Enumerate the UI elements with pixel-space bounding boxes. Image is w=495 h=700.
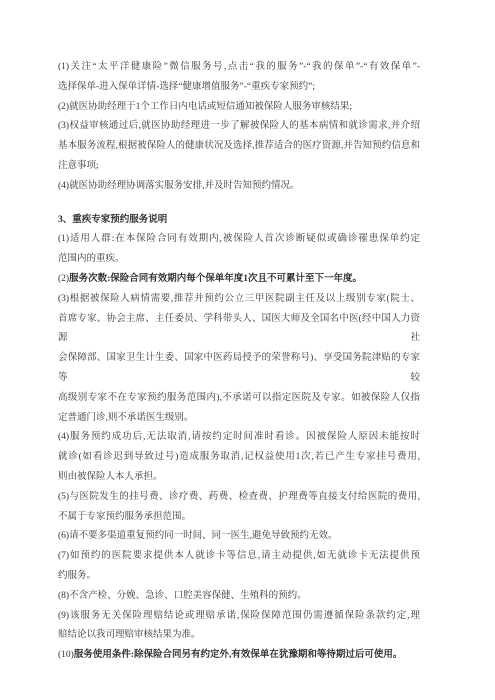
text-line: (10)服务使用条件:除保险合同另有约定外,有效保单在犹豫期和等待期过后可使用。 [58, 646, 420, 666]
text-segment: (10) [58, 650, 74, 660]
text-line: (2)就医协助经理于1个工作日内电话或短信通知被保险人服务审核结果; [58, 98, 420, 118]
document-content: (1)关注“太平洋健康险”微信服务号,点击“我的服务”-“我的保单”-“有效保单… [58, 58, 420, 666]
text-segment: (6)请不要多渠道重复预约同一时间、同一医生,避免导致预约无效。 [58, 531, 337, 541]
text-line: (4)服务预约成功后,无法取消,请按约定时间准时看诊。因被保险人原因未能按时 [58, 428, 420, 448]
text-segment: (7)如预约的医院要求提供本人就诊卡等信息,请主动提供,如无就诊卡无法提供预 [58, 551, 420, 561]
text-line: (7)如预约的医院要求提供本人就诊卡等信息,请主动提供,如无就诊卡无法提供预 [58, 547, 420, 567]
text-line: (4)就医协助经理协调落实服务安排,并及时告知预约情况。 [58, 177, 420, 197]
text-segment: (1)关注“太平洋健康险”微信服务号,点击“我的服务”-“我的保单”-“有效保单… [58, 62, 420, 72]
text-segment: 高级别专家不在专家预约服务范围内),不承诺可以指定医院及专家。如被保险人仅指 [58, 393, 420, 403]
text-segment: 赔结论以我司理赔审核结果为准。 [58, 630, 201, 640]
text-line: (1)适用人群:在本保险合同有效期内,被保险人首次诊断疑似或确诊罹患保单约定 [58, 230, 420, 250]
text-line: 会保障部、国家卫生计生委、国家中医药局授予的荣誉称号)、享受国务院津贴的专家等较 [58, 349, 420, 389]
text-segment: 则由被保险人本人承担。 [58, 472, 163, 482]
text-line: 首席专家、协会主席、主任委员、学科带头人、国医大师及全国名中医(经中国人力资源社 [58, 310, 420, 350]
text-line: 则由被保险人本人承担。 [58, 468, 420, 488]
text-line: (6)请不要多渠道重复预约同一时间、同一医生,避免导致预约无效。 [58, 527, 420, 547]
text-line: (5)与医院发生的挂号费、诊疗费、药费、检查费、护理费等直接支付给医院的费用, [58, 488, 420, 508]
text-line: (2)服务次数:保险合同有效期内每个保单年度1次且不可累计至下一年度。 [58, 270, 420, 290]
text-line: 基本服务流程,根据被保险人的健康状况及选择,推荐适合的医疗资源,并告知预约信息和 [58, 137, 420, 157]
text-segment: 首席专家、协会主席、主任委员、学科带头人、国医大师及全国名中医(经中国人力资源社 [58, 314, 420, 344]
text-segment: (3)根据被保险人病情需要,推荐并预约公立三甲医院副主任及以上级别专家(院士、 [58, 294, 420, 304]
text-segment: 选择保单-进入保单详情-选择“健康增值服务”-“重疾专家预约”; [58, 82, 315, 92]
text-line: 约服务。 [58, 567, 420, 587]
bold-text-segment: 服务次数:保险合同有效期内每个保单年度1次且不可累计至下一年度。 [69, 274, 362, 284]
text-segment: 基本服务流程,根据被保险人的健康状况及选择,推荐适合的医疗资源,并告知预约信息和 [58, 141, 420, 151]
text-line: 选择保单-进入保单详情-选择“健康增值服务”-“重疾专家预约”; [58, 78, 420, 98]
text-segment: 就诊(如看诊迟到导致过号)造成服务取消,记权益使用1次,若已产生专家挂号费用, [58, 452, 420, 462]
text-segment: (4)服务预约成功后,无法取消,请按约定时间准时看诊。因被保险人原因未能按时 [58, 432, 420, 442]
text-segment: (2)就医协助经理于1个工作日内电话或短信通知被保险人服务审核结果; [58, 102, 352, 112]
text-line: 赔结论以我司理赔审核结果为准。 [58, 626, 420, 646]
text-line: 不属于专家预约服务承担范围。 [58, 508, 420, 528]
text-segment: (9)该服务无关保险理赔结论或理赔承诺,保险保障范围仍需遵循保险条款约定,理 [58, 611, 420, 621]
text-segment: (5)与医院发生的挂号费、诊疗费、药费、检查费、护理费等直接支付给医院的费用, [58, 492, 420, 502]
text-line: (3)根据被保险人病情需要,推荐并预约公立三甲医院副主任及以上级别专家(院士、 [58, 290, 420, 310]
text-line: 范围内的重疾。 [58, 250, 420, 270]
text-segment: 范围内的重疾。 [58, 254, 125, 264]
text-segment: (3)权益审核通过后,就医协助经理进一步了解被保险人的基本病情和就诊需求,并介绍 [58, 121, 420, 131]
bold-text-segment: 服务使用条件:除保险合同另有约定外,有效保单在犹豫期和等待期过后可使用。 [74, 650, 403, 660]
text-line: (1)关注“太平洋健康险”微信服务号,点击“我的服务”-“我的保单”-“有效保单… [58, 58, 420, 78]
text-line: 注意事项; [58, 157, 420, 177]
bold-text-segment: 3、重疾专家预约服务说明 [58, 215, 167, 225]
text-segment: 定普通门诊,则不承诺医生级别。 [58, 413, 193, 423]
text-segment: (1)适用人群:在本保险合同有效期内,被保险人首次诊断疑似或确诊罹患保单约定 [58, 234, 420, 244]
text-segment: 会保障部、国家卫生计生委、国家中医药局授予的荣誉称号)、享受国务院津贴的专家等较 [58, 353, 420, 383]
document-page: (1)关注“太平洋健康险”微信服务号,点击“我的服务”-“我的保单”-“有效保单… [0, 0, 495, 700]
text-line: (9)该服务无关保险理赔结论或理赔承诺,保险保障范围仍需遵循保险条款约定,理 [58, 607, 420, 627]
text-line: 就诊(如看诊迟到导致过号)造成服务取消,记权益使用1次,若已产生专家挂号费用, [58, 448, 420, 468]
section-heading: 3、重疾专家预约服务说明 [58, 211, 420, 231]
text-line: 定普通门诊,则不承诺医生级别。 [58, 409, 420, 429]
text-segment: (8)不含产检、分娩、急诊、口腔美容保健、生殖科的预约。 [58, 591, 307, 601]
text-segment: 不属于专家预约服务承担范围。 [58, 512, 191, 522]
text-line: 高级别专家不在专家预约服务范围内),不承诺可以指定医院及专家。如被保险人仅指 [58, 389, 420, 409]
text-segment: (4)就医协助经理协调落实服务安排,并及时告知预约情况。 [58, 181, 299, 191]
text-segment: 约服务。 [58, 571, 96, 581]
text-segment: (2) [58, 274, 69, 284]
text-segment: 注意事项; [58, 161, 99, 171]
text-line: (8)不含产检、分娩、急诊、口腔美容保健、生殖科的预约。 [58, 587, 420, 607]
text-line: (3)权益审核通过后,就医协助经理进一步了解被保险人的基本病情和就诊需求,并介绍 [58, 117, 420, 137]
